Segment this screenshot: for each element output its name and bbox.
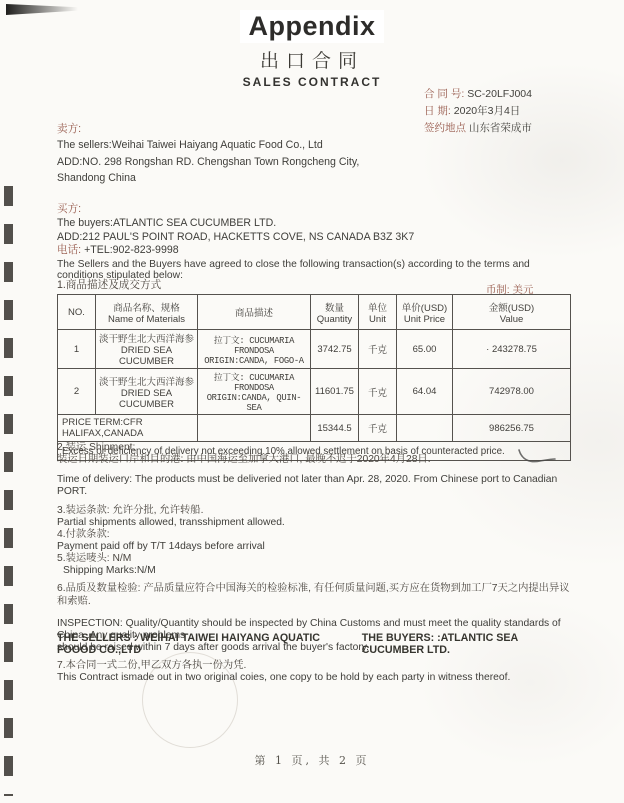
signing-place-label: 签约地点: [424, 122, 466, 134]
cell-name-cn: 淡干野生北大西洋海参: [98, 374, 195, 388]
cell-qty: 3742.75: [311, 330, 359, 369]
cell-desc-latin: 拉丁文: CUCUMARIA FRONDOSA: [200, 370, 308, 393]
term-2-en: Time of delivery: The products must be d…: [57, 474, 577, 498]
term-7-cn: 7.本合同一式二份,甲乙双方各执一份为凭.: [57, 660, 577, 672]
table-row: 1 淡干野生北大西洋海参 DRIED SEA CUCUMBER 拉丁文: CUC…: [58, 330, 571, 369]
document-header: Appendix 出口合同 SALES CONTRACT: [0, 10, 624, 89]
cell-qty: 11601.75: [311, 369, 359, 415]
signing-place-value: 山东省荣成市: [469, 122, 532, 134]
col-header-value-cn: 金额(USD): [455, 300, 568, 314]
col-header-qty-en: Quantity: [313, 314, 356, 325]
term-3-en: Partial shipments allowed, transshipment…: [57, 517, 577, 529]
term-6-cn: 6.品质及数量检验: 产品质量应符合中国海关的检验标准, 有任何质量问题,买方应…: [57, 583, 577, 607]
col-header-unit: 单位 Unit: [359, 295, 397, 330]
cell-no: 1: [58, 330, 96, 369]
cell-total-unit: 千克: [359, 415, 397, 442]
term-7-en: This Contract ismade out in two original…: [57, 672, 577, 684]
seller-label-cn: 卖方:: [57, 121, 359, 137]
cell-unit: 千克: [359, 330, 397, 369]
seller-address-1: ADD:NO. 298 Rongshan RD. Chengshan Town …: [57, 154, 359, 170]
col-header-qty-cn: 数量: [313, 300, 356, 314]
buyers-signature-label: THE BUYERS: :ATLANTIC SEA CUCUMBER LTD.: [362, 632, 577, 656]
cell-value: 742978.00: [453, 369, 571, 415]
cell-desc-origin: ORIGIN:CANDA, FOGO-A: [200, 356, 308, 366]
scanned-sales-contract-page: Appendix 出口合同 SALES CONTRACT 合 同 号: SC-2…: [0, 0, 624, 803]
cell-value: · 243278.75: [453, 330, 571, 369]
cell-price: 64.04: [397, 369, 453, 415]
cell-desc-origin: ORIGIN:CANDA, QUIN-SEA: [200, 393, 308, 413]
col-header-price: 单价(USD) Unit Price: [397, 295, 453, 330]
cell-total-qty: 15344.5: [311, 415, 359, 442]
cell-desc-latin: 拉丁文: CUCUMARIA FRONDOSA: [200, 333, 308, 356]
term-2-heading: 2.装运 Shipment:: [57, 442, 577, 454]
section1-heading: 1.商品描述及成交方式: [57, 277, 161, 292]
page-number: 第 1 页, 共 2 页: [0, 752, 624, 768]
goods-table: NO. 商品名称、规格 Name of Materials 商品描述 数量 Qu…: [57, 294, 571, 461]
col-header-desc: 商品描述: [198, 295, 311, 330]
term-5-en: Shipping Marks:N/M: [57, 565, 577, 577]
cell-price: 65.00: [397, 330, 453, 369]
contract-date-line: 日 期: 2020年3月4日: [424, 103, 532, 120]
buyer-address: ADD:212 PAUL'S POINT ROAD, HACKETTS COVE…: [57, 231, 414, 245]
cell-name: 淡干野生北大西洋海参 DRIED SEA CUCUMBER: [96, 330, 198, 369]
contract-number-value: SC-20LFJ004: [467, 88, 532, 100]
cell-desc: 拉丁文: CUCUMARIA FRONDOSA ORIGIN:CANDA, QU…: [198, 369, 311, 415]
sellers-signature-label: THE SELLERS : WEIHAI TAIWEI HAIYANG AQUA…: [57, 632, 362, 656]
col-header-no: NO.: [58, 295, 96, 330]
term-4-cn: 4.付款条款:: [57, 529, 577, 541]
contract-date-value: 2020年3月4日: [454, 105, 521, 117]
cell-desc: 拉丁文: CUCUMARIA FRONDOSA ORIGIN:CANDA, FO…: [198, 330, 311, 369]
faint-company-stamp: [142, 652, 238, 748]
term-2-cn: 装运日期装运口岸和目的港: 由中国海运至加拿大港口, 最晚不迟于2020年4月2…: [57, 454, 577, 466]
cell-name-cn: 淡干野生北大西洋海参: [98, 331, 195, 345]
buyer-phone-label: 电话:: [57, 244, 81, 256]
seller-address-2: Shandong China: [57, 170, 359, 186]
col-header-value-en: Value: [455, 314, 568, 325]
col-header-unit-cn: 单位: [361, 300, 394, 314]
appendix-title: Appendix: [240, 10, 383, 43]
table-total-row: PRICE TERM:CFR HALIFAX,CANADA 15344.5 千克…: [58, 415, 571, 442]
buyer-label-cn: 买方:: [57, 203, 414, 217]
contract-number-line: 合 同 号: SC-20LFJ004: [424, 86, 532, 103]
term-4-en: Payment paid off by T/T 14days before ar…: [57, 541, 577, 553]
seller-block: 卖方: The sellers:Weihai Taiwei Haiyang Aq…: [57, 121, 359, 187]
table-header-row: NO. 商品名称、规格 Name of Materials 商品描述 数量 Qu…: [58, 295, 571, 330]
table-row: 2 淡干野生北大西洋海参 DRIED SEA CUCUMBER 拉丁文: CUC…: [58, 369, 571, 415]
contract-title-cn: 出口合同: [0, 46, 624, 73]
col-header-price-cn: 单价(USD): [399, 300, 450, 314]
col-header-name: 商品名称、规格 Name of Materials: [96, 295, 198, 330]
term-5-cn: 5.装运唛头: N/M: [57, 553, 577, 565]
col-header-unit-en: Unit: [361, 314, 394, 325]
cell-no: 2: [58, 369, 96, 415]
signing-place-line: 签约地点 山东省荣成市: [424, 120, 532, 137]
cell-desc-empty: [198, 415, 311, 442]
cell-unit: 千克: [359, 369, 397, 415]
signature-line: THE SELLERS : WEIHAI TAIWEI HAIYANG AQUA…: [57, 632, 577, 656]
buyer-name: The buyers:ATLANTIC SEA CUCUMBER LTD.: [57, 217, 414, 231]
col-header-qty: 数量 Quantity: [311, 295, 359, 330]
cell-total-value: 986256.75: [453, 415, 571, 442]
term-3-cn: 3.装运条款: 允许分批, 允许转船.: [57, 505, 577, 517]
col-header-name-en: Name of Materials: [98, 314, 195, 325]
price-term-cell: PRICE TERM:CFR HALIFAX,CANADA: [58, 415, 198, 442]
cell-name-en: DRIED SEA CUCUMBER: [98, 388, 195, 410]
col-header-value: 金额(USD) Value: [453, 295, 571, 330]
col-header-price-en: Unit Price: [399, 314, 450, 325]
seller-name: The sellers:Weihai Taiwei Haiyang Aquati…: [57, 137, 359, 153]
cell-name-en: DRIED SEA CUCUMBER: [98, 345, 195, 367]
buyer-block: 买方: The buyers:ATLANTIC SEA CUCUMBER LTD…: [57, 203, 414, 258]
contract-date-label: 日 期:: [424, 105, 451, 117]
cell-name: 淡干野生北大西洋海参 DRIED SEA CUCUMBER: [96, 369, 198, 415]
contract-number-label: 合 同 号:: [424, 88, 464, 100]
spiral-binding-marks: [4, 186, 13, 796]
contract-meta-block: 合 同 号: SC-20LFJ004 日 期: 2020年3月4日 签约地点 山…: [424, 86, 532, 136]
buyer-phone-line: 电话: +TEL:902-823-9998: [57, 244, 414, 258]
col-header-name-cn: 商品名称、规格: [98, 300, 195, 314]
buyer-phone-value: +TEL:902-823-9998: [84, 244, 179, 256]
goods-table-wrapper: NO. 商品名称、规格 Name of Materials 商品描述 数量 Qu…: [57, 294, 571, 461]
cell-total-price: [397, 415, 453, 442]
